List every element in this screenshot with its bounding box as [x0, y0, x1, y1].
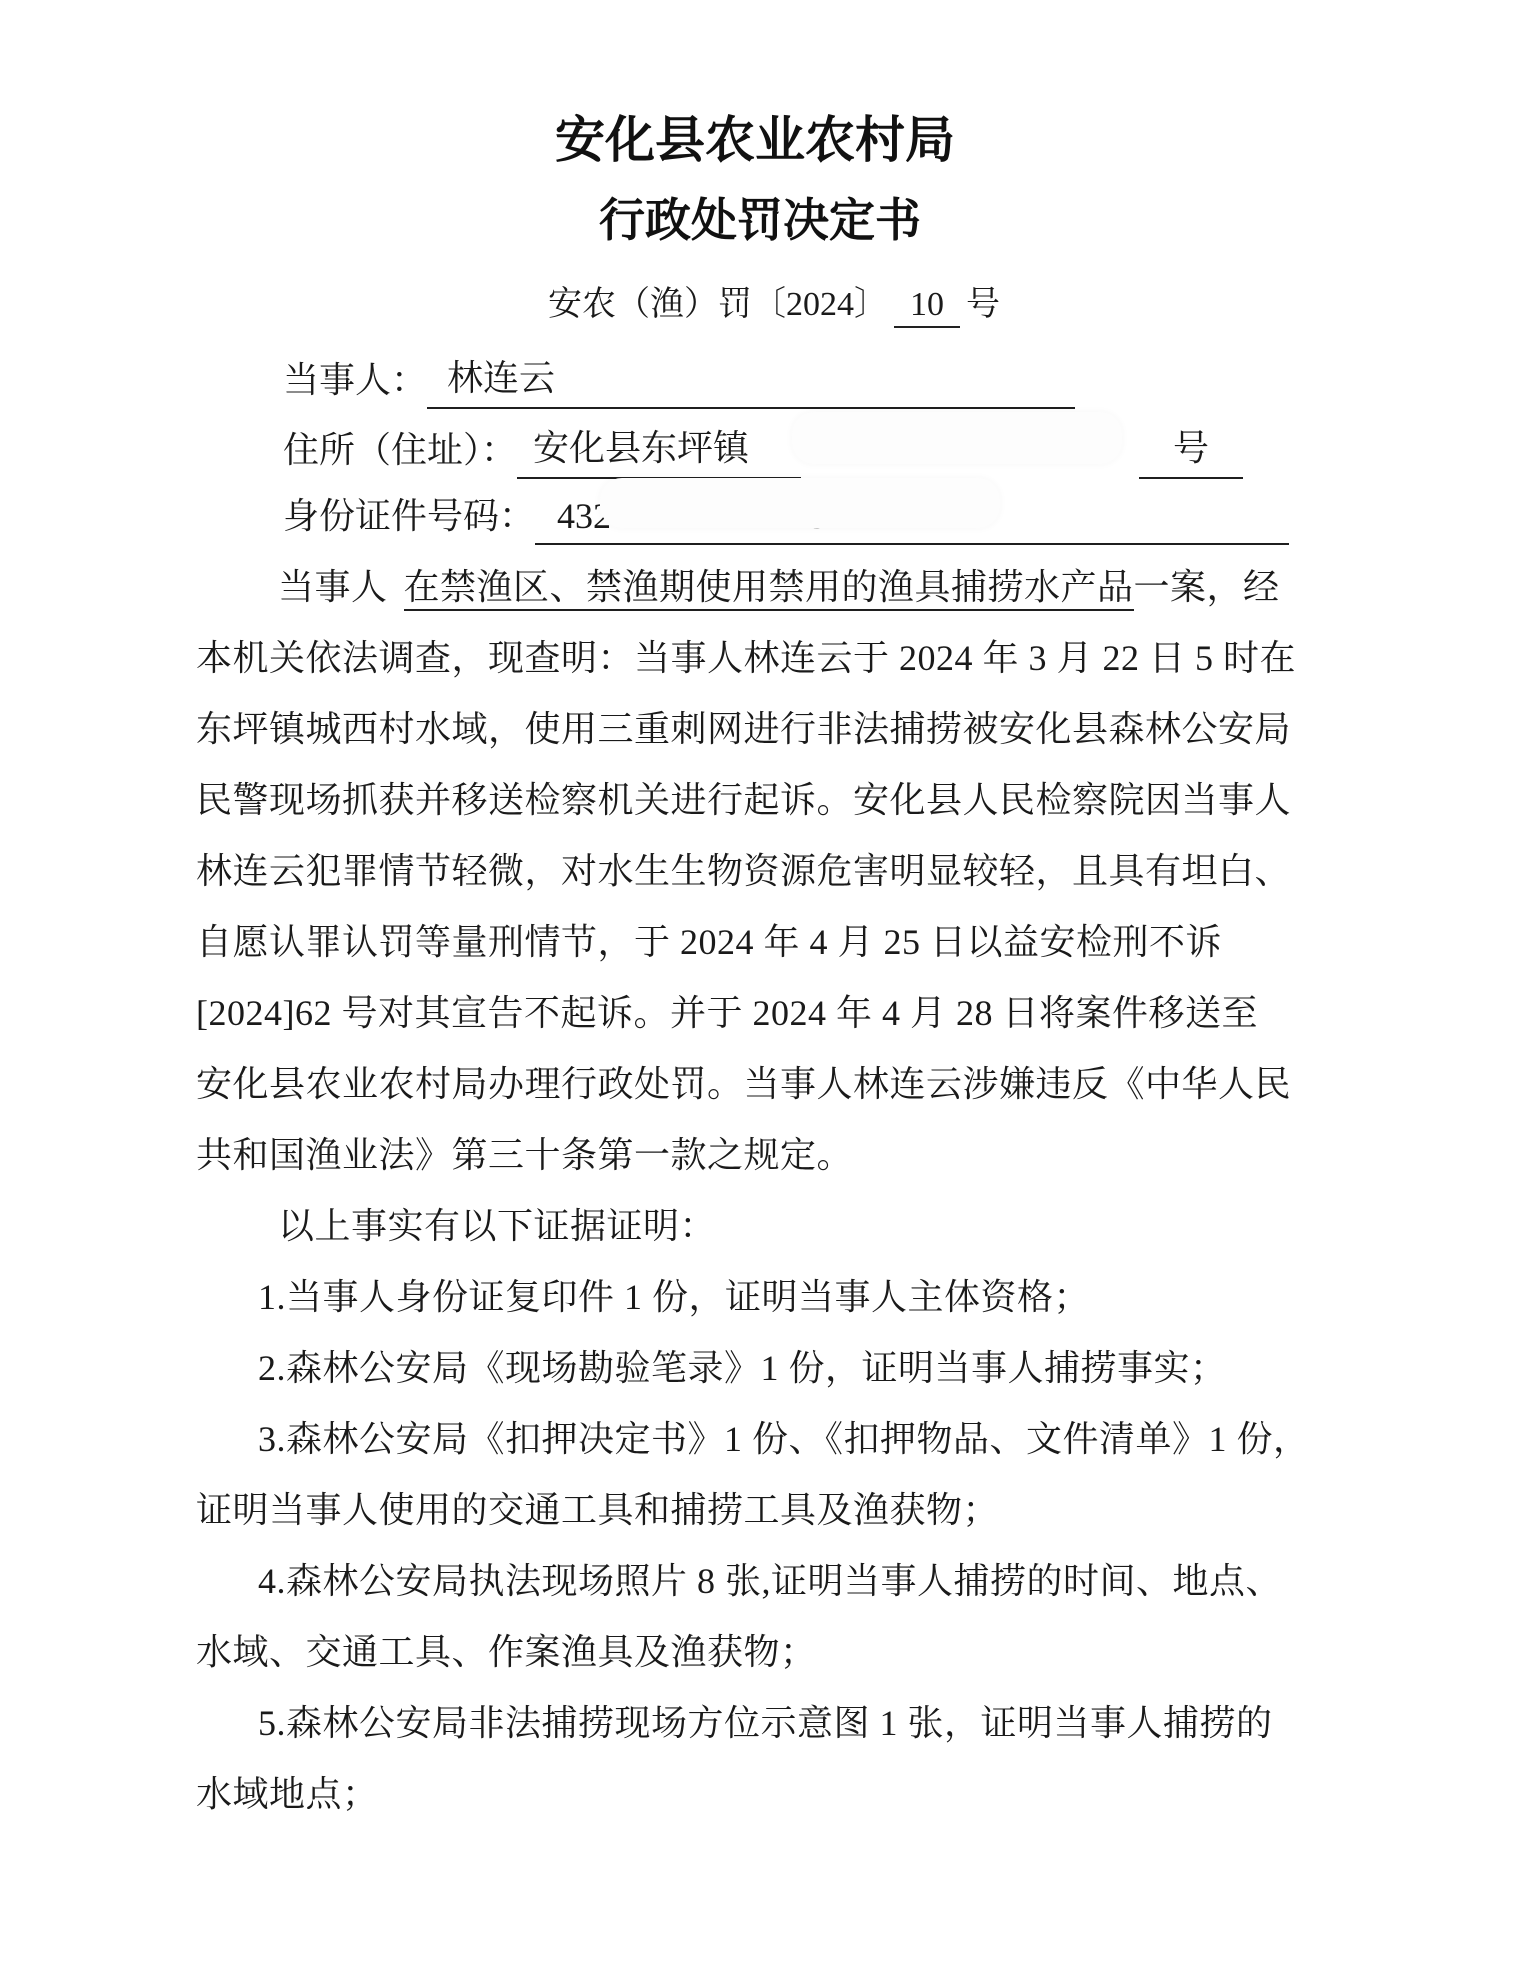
findings-line: 安化县农业农村局办理行政处罚。当事人林连云涉嫌违反《中华人民: [196, 1049, 1276, 1120]
issuing-authority-title: 安化县农业农村局: [0, 100, 1510, 172]
case-line-lead: 当事人: [278, 567, 388, 607]
party-name-value: 林连云: [427, 350, 1075, 409]
party-name-label: 当事人：: [283, 352, 427, 409]
address-value: 安化县东坪镇: [517, 420, 801, 479]
findings-line: 东坪镇城西村水域，使用三重刺网进行非法捕捞被安化县森林公安局: [196, 694, 1276, 765]
evidence-item-line: 4.森林公安局执法现场照片 8 张,证明当事人捕捞的时间、地点、: [196, 1546, 1276, 1617]
id-number-label: 身份证件号码：: [283, 488, 535, 545]
findings-line: 林连云犯罪情节轻微，对水生生物资源危害明显较轻，且具有坦白、: [196, 836, 1276, 907]
document-number-suffix: 号: [966, 286, 1000, 323]
evidence-item-line: 1.当事人身份证复印件 1 份，证明当事人主体资格；: [196, 1262, 1276, 1333]
document-number-prefix: 安农（渔）罚〔2024〕: [548, 286, 888, 323]
party-name-row: 当事人：林连云: [283, 350, 1075, 409]
case-line-tail: 一案，经: [1134, 567, 1280, 607]
document-page: 安化县农业农村局 行政处罚决定书 安农（渔）罚〔2024〕10号 当事人：林连云…: [0, 0, 1530, 1980]
findings-case-line: 当事人在禁渔区、禁渔期使用禁用的渔具捕捞水产品一案，经: [196, 552, 1276, 623]
redaction-mark: [600, 478, 1000, 528]
evidence-continuation-line: 水域、交通工具、作案渔具及渔获物；: [196, 1617, 1276, 1688]
evidence-continuation-line: 水域地点；: [196, 1759, 1276, 1830]
document-body: 当事人在禁渔区、禁渔期使用禁用的渔具捕捞水产品一案，经 本机关依法调查，现查明：…: [196, 552, 1276, 1830]
document-number: 安农（渔）罚〔2024〕10号: [548, 276, 1000, 328]
document-number-value: 10: [894, 286, 960, 328]
redaction-mark: [792, 412, 1122, 464]
document-type-title: 行政处罚决定书: [0, 184, 1520, 250]
findings-line: 本机关依法调查，现查明：当事人林连云于 2024 年 3 月 22 日 5 时在: [196, 623, 1276, 694]
address-label: 住所（住址）：: [283, 422, 517, 479]
evidence-item-line: 2.森林公安局《现场勘验笔录》1 份，证明当事人捕捞事实；: [196, 1333, 1276, 1404]
findings-line: 共和国渔业法》第三十条第一款之规定。: [196, 1120, 1276, 1191]
findings-line: [2024]62 号对其宣告不起诉。并于 2024 年 4 月 28 日将案件移…: [196, 978, 1276, 1049]
address-suffix: 号: [1139, 420, 1243, 479]
evidence-item-line: 3.森林公安局《扣押决定书》1 份、《扣押物品、文件清单》1 份，: [196, 1404, 1276, 1475]
findings-line: 自愿认罪认罚等量刑情节，于 2024 年 4 月 25 日以益安检刑不诉: [196, 907, 1276, 978]
case-description-underlined: 在禁渔区、禁渔期使用禁用的渔具捕捞水产品: [404, 567, 1134, 611]
findings-line: 民警现场抓获并移送检察机关进行起诉。安化县人民检察院因当事人: [196, 765, 1276, 836]
evidence-continuation-line: 证明当事人使用的交通工具和捕捞工具及渔获物；: [196, 1475, 1276, 1546]
evidence-intro-line: 以上事实有以下证据证明：: [196, 1191, 1276, 1262]
evidence-item-line: 5.森林公安局非法捕捞现场方位示意图 1 张，证明当事人捕捞的: [196, 1688, 1276, 1759]
